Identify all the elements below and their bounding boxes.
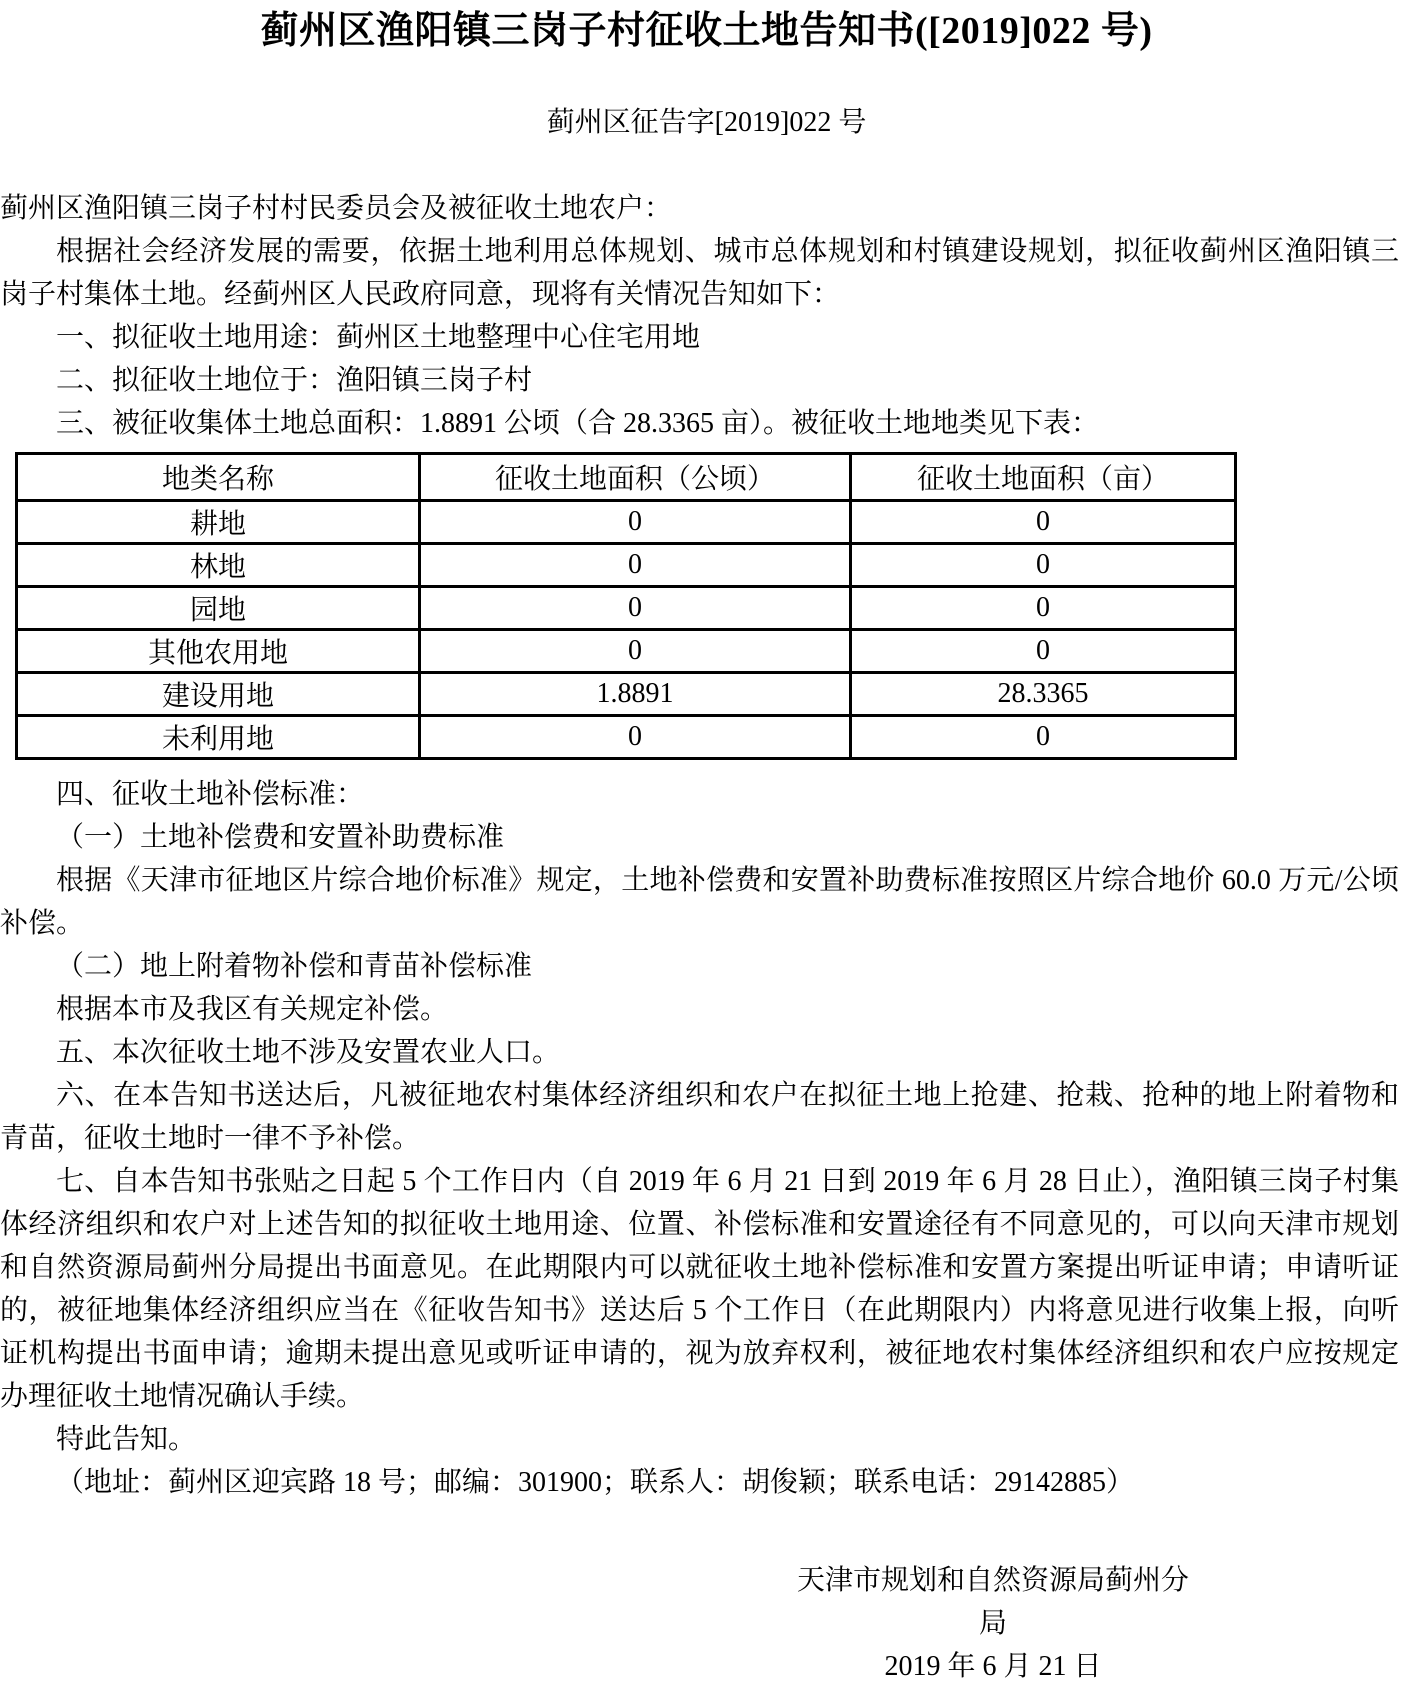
table-cell-area-hectare: 0 — [420, 716, 851, 759]
table-cell-area-hectare: 0 — [420, 630, 851, 673]
para-item-7: 七、自本告知书张贴之日起 5 个工作日内（自 2019 年 6 月 21 日到 … — [0, 1160, 1399, 1418]
table-cell-area-hectare: 0 — [420, 544, 851, 587]
para-item-4-sub-2-text: 根据本市及我区有关规定补偿。 — [0, 988, 1399, 1031]
table-cell-land-type: 园地 — [17, 587, 420, 630]
table-header-row: 地类名称 征收土地面积（公顷） 征收土地面积（亩） — [17, 454, 1236, 501]
document-title: 蓟州区渔阳镇三岗子村征收土地告知书([2019]022 号) — [0, 6, 1413, 56]
table-cell-area-hectare: 0 — [420, 501, 851, 544]
table-cell-area-mu: 0 — [851, 587, 1236, 630]
document-number: 蓟州区征告字[2019]022 号 — [0, 101, 1413, 144]
table-cell-land-type: 耕地 — [17, 501, 420, 544]
table-cell-area-mu: 28.3365 — [851, 673, 1236, 716]
table-header-land-type: 地类名称 — [17, 454, 420, 501]
table-cell-land-type: 其他农用地 — [17, 630, 420, 673]
para-item-4-sub-1-text: 根据《天津市征地区片综合地价标准》规定，土地补偿费和安置补助费标准按照区片综合地… — [0, 859, 1399, 945]
table-row-unused: 未利用地 0 0 — [17, 716, 1236, 759]
table-header-area-mu: 征收土地面积（亩） — [851, 454, 1236, 501]
para-item-6: 六、在本告知书送达后，凡被征地农村集体经济组织和农户在拟征土地上抢建、抢栽、抢种… — [0, 1074, 1399, 1160]
table-row-other-agricultural: 其他农用地 0 0 — [17, 630, 1236, 673]
document-body: 蓟州区渔阳镇三岗子村村民委员会及被征收土地农户： 根据社会经济发展的需要，依据土… — [0, 187, 1413, 1504]
para-intro: 根据社会经济发展的需要，依据土地利用总体规划、城市总体规划和村镇建设规划，拟征收… — [0, 230, 1399, 316]
table-header-area-hectare: 征收土地面积（公顷） — [420, 454, 851, 501]
para-item-2: 二、拟征收土地位于：渔阳镇三岗子村 — [0, 359, 1399, 402]
para-item-3: 三、被征收集体土地总面积：1.8891 公顷（合 28.3365 亩）。被征收土… — [0, 402, 1399, 445]
table-cell-area-mu: 0 — [851, 544, 1236, 587]
signature-date: 2019 年 6 月 21 日 — [788, 1645, 1198, 1688]
salutation: 蓟州区渔阳镇三岗子村村民委员会及被征收土地农户： — [0, 187, 1399, 230]
para-item-4-sub-1: （一）土地补偿费和安置补助费标准 — [0, 816, 1399, 859]
para-item-5: 五、本次征收土地不涉及安置农业人口。 — [0, 1031, 1399, 1074]
para-closing: 特此告知。 — [0, 1418, 1399, 1461]
para-contact: （地址：蓟州区迎宾路 18 号；邮编：301900；联系人：胡俊颖；联系电话：2… — [0, 1461, 1399, 1504]
table-cell-land-type: 未利用地 — [17, 716, 420, 759]
table-cell-land-type: 林地 — [17, 544, 420, 587]
table-row-cultivated: 耕地 0 0 — [17, 501, 1236, 544]
table-cell-land-type: 建设用地 — [17, 673, 420, 716]
para-item-4-sub-2: （二）地上附着物补偿和青苗补偿标准 — [0, 945, 1399, 988]
table-row-forest: 林地 0 0 — [17, 544, 1236, 587]
notice-document-page: 蓟州区渔阳镇三岗子村征收土地告知书([2019]022 号) 蓟州区征告字[20… — [0, 0, 1413, 1705]
signature-block: 天津市规划和自然资源局蓟州分局 2019 年 6 月 21 日 — [788, 1559, 1198, 1688]
para-item-1: 一、拟征收土地用途：蓟州区土地整理中心住宅用地 — [0, 316, 1399, 359]
land-category-table: 地类名称 征收土地面积（公顷） 征收土地面积（亩） 耕地 0 0 林地 0 0 … — [15, 452, 1237, 760]
table-cell-area-mu: 0 — [851, 716, 1236, 759]
table-cell-area-hectare: 1.8891 — [420, 673, 851, 716]
table-cell-area-mu: 0 — [851, 630, 1236, 673]
table-cell-area-mu: 0 — [851, 501, 1236, 544]
table-row-garden: 园地 0 0 — [17, 587, 1236, 630]
para-item-4-heading: 四、征收土地补偿标准： — [0, 773, 1399, 816]
table-row-construction: 建设用地 1.8891 28.3365 — [17, 673, 1236, 716]
table-cell-area-hectare: 0 — [420, 587, 851, 630]
signature-agency: 天津市规划和自然资源局蓟州分局 — [788, 1559, 1198, 1645]
